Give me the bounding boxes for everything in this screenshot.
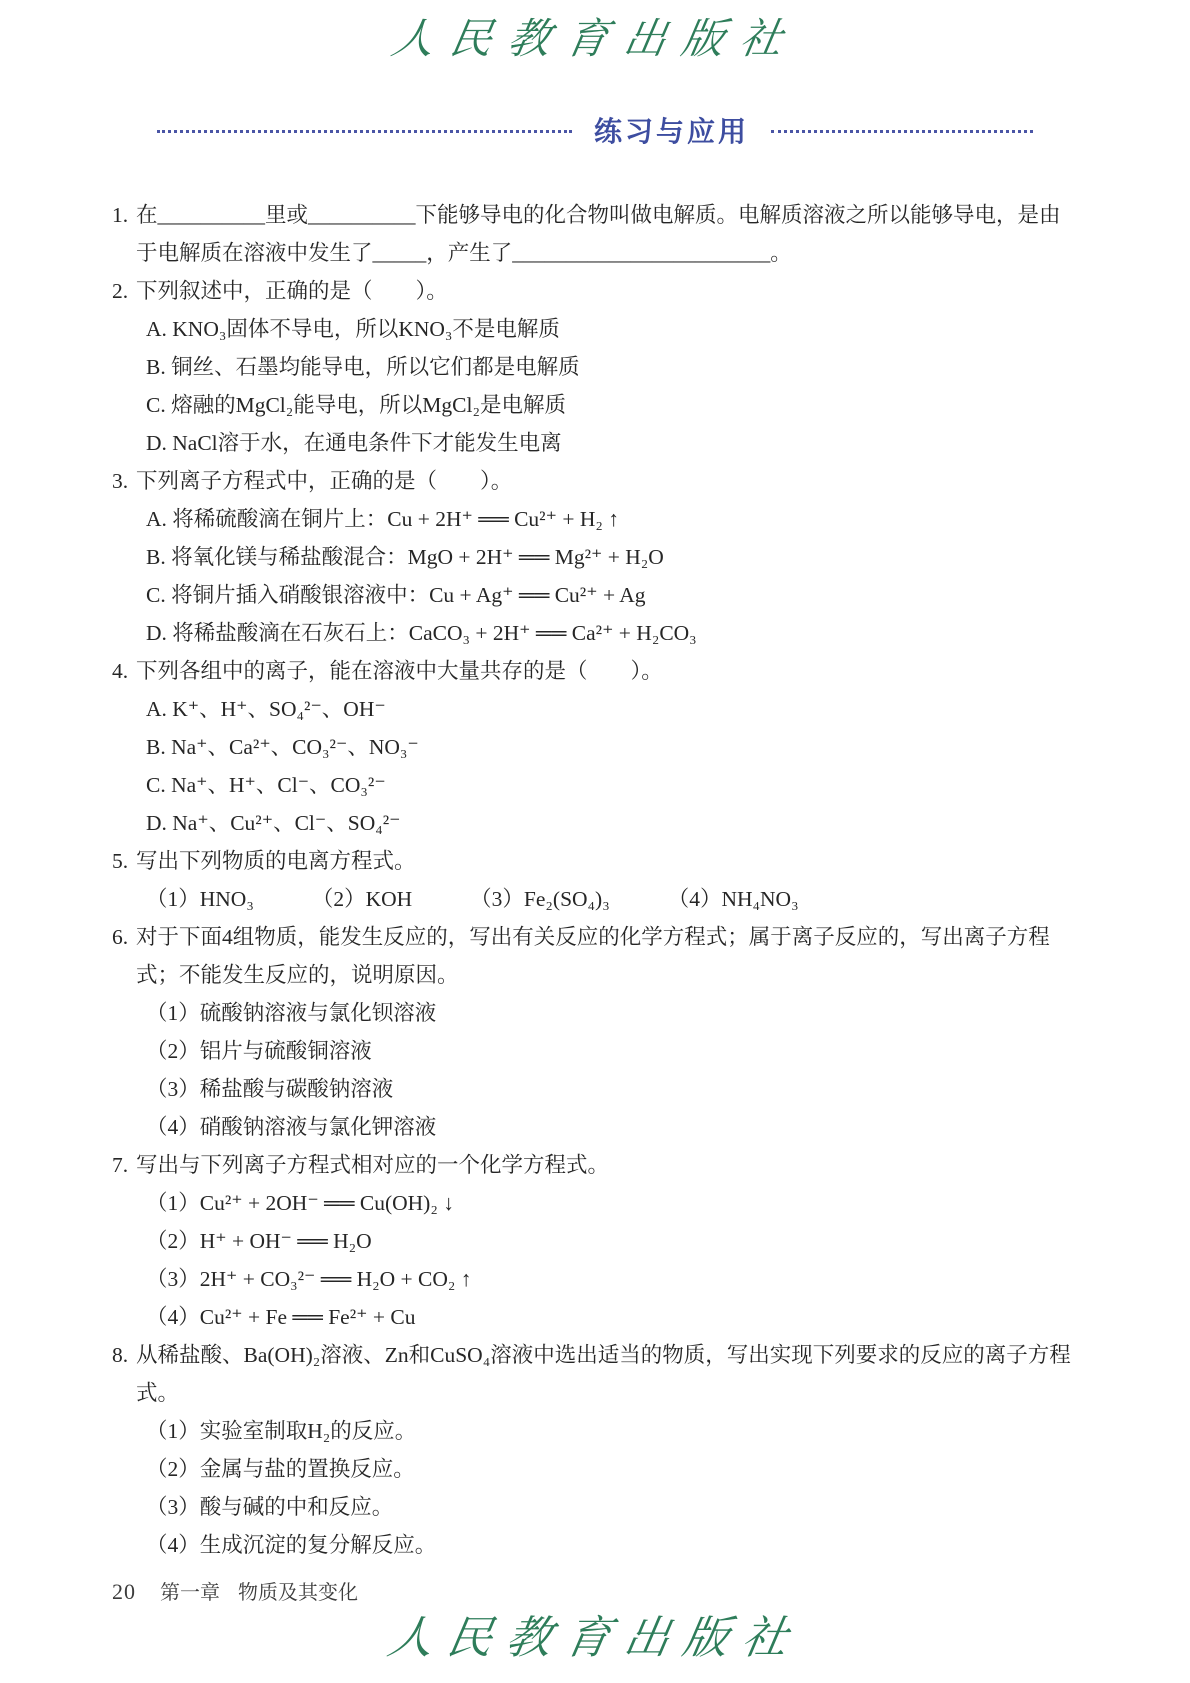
question-8: 8. 从稀盐酸、Ba(OH)₂溶液、Zn和CuSO₄溶液中选出适当的物质，写出实…: [112, 1336, 1078, 1564]
question-2-option-b: B. 铜丝、石墨均能导电，所以它们都是电解质: [146, 348, 1078, 386]
page-number: 20: [112, 1579, 136, 1605]
question-4-option-d: D. Na⁺、Cu²⁺、Cl⁻、SO₄²⁻: [146, 804, 1078, 842]
question-text: 从稀盐酸、Ba(OH)₂溶液、Zn和CuSO₄溶液中选出适当的物质，写出实现下列…: [136, 1336, 1078, 1412]
publisher-logo-top: 人民教育出版社: [0, 12, 1190, 68]
question-2-option-d: D. NaCl溶于水，在通电条件下才能发生电离: [146, 424, 1078, 462]
textbook-page: 人民教育出版社 练习与应用 1. 在__________里或__________…: [0, 0, 1190, 1683]
question-7-item-1: （1）Cu²⁺ + 2OH⁻ ══ Cu(OH)₂ ↓: [146, 1184, 1078, 1222]
question-6-item-4: （4）硝酸钠溶液与氯化钾溶液: [146, 1108, 1078, 1146]
question-8-item-1: （1）实验室制取H₂的反应。: [146, 1412, 1078, 1450]
dotted-line-left-icon: [157, 130, 572, 133]
question-text: 对于下面4组物质，能发生反应的，写出有关反应的化学方程式；属于离子反应的，写出离…: [136, 918, 1078, 994]
question-5-item-4: （4）NH₄NO₃: [668, 880, 799, 918]
question-number: 2.: [112, 272, 136, 310]
question-6-item-1: （1）硫酸钠溶液与氯化钡溶液: [146, 994, 1078, 1032]
chapter-title: 物质及其变化: [238, 1576, 358, 1605]
question-2-option-c: C. 熔融的MgCl₂能导电，所以MgCl₂是电解质: [146, 386, 1078, 424]
question-6-item-2: （2）铝片与硫酸铜溶液: [146, 1032, 1078, 1070]
question-number: 1.: [112, 196, 136, 272]
question-number: 7.: [112, 1146, 136, 1184]
question-text: 写出下列物质的电离方程式。: [136, 842, 1078, 880]
question-text: 在__________里或__________下能够导电的化合物叫做电解质。电解…: [136, 196, 1078, 272]
question-5-item-2: （2）KOH: [312, 880, 412, 918]
question-7-item-3: （3）2H⁺ + CO₃²⁻ ══ H₂O + CO₂ ↑: [146, 1260, 1078, 1298]
question-4: 4. 下列各组中的离子，能在溶液中大量共存的是（ ）。 A. K⁺、H⁺、SO₄…: [112, 652, 1078, 842]
question-8-item-4: （4）生成沉淀的复分解反应。: [146, 1526, 1078, 1564]
question-number: 8.: [112, 1336, 136, 1412]
question-4-option-b: B. Na⁺、Ca²⁺、CO₃²⁻、NO₃⁻: [146, 728, 1078, 766]
question-8-item-2: （2）金属与盐的置换反应。: [146, 1450, 1078, 1488]
question-text: 下列叙述中，正确的是（ ）。: [136, 272, 1078, 310]
question-7-item-2: （2）H⁺ + OH⁻ ══ H₂O: [146, 1222, 1078, 1260]
question-6: 6. 对于下面4组物质，能发生反应的，写出有关反应的化学方程式；属于离子反应的，…: [112, 918, 1078, 1146]
page-footer: 20 第一章 物质及其变化: [112, 1576, 358, 1605]
question-2-option-a: A. KNO₃固体不导电，所以KNO₃不是电解质: [146, 310, 1078, 348]
question-1: 1. 在__________里或__________下能够导电的化合物叫做电解质…: [112, 196, 1078, 272]
question-3-option-a: A. 将稀硫酸滴在铜片上：Cu + 2H⁺ ══ Cu²⁺ + H₂ ↑: [146, 500, 1078, 538]
question-3-option-b: B. 将氧化镁与稀盐酸混合：MgO + 2H⁺ ══ Mg²⁺ + H₂O: [146, 538, 1078, 576]
question-5-item-3: （3）Fe₂(SO₄)₃: [470, 880, 610, 918]
question-4-option-a: A. K⁺、H⁺、SO₄²⁻、OH⁻: [146, 690, 1078, 728]
question-number: 3.: [112, 462, 136, 500]
question-3: 3. 下列离子方程式中，正确的是（ ）。 A. 将稀硫酸滴在铜片上：Cu + 2…: [112, 462, 1078, 652]
question-number: 6.: [112, 918, 136, 994]
publisher-logo-bottom: 人民教育出版社: [0, 1608, 1190, 1668]
question-3-option-d: D. 将稀盐酸滴在石灰石上：CaCO₃ + 2H⁺ ══ Ca²⁺ + H₂CO…: [146, 614, 1078, 652]
question-text: 下列离子方程式中，正确的是（ ）。: [136, 462, 1078, 500]
question-7-item-4: （4）Cu²⁺ + Fe ══ Fe²⁺ + Cu: [146, 1298, 1078, 1336]
question-text: 下列各组中的离子，能在溶液中大量共存的是（ ）。: [136, 652, 1078, 690]
chapter-label: 第一章: [160, 1576, 220, 1605]
section-header: 练习与应用: [0, 110, 1190, 150]
question-text: 写出与下列离子方程式相对应的一个化学方程式。: [136, 1146, 1078, 1184]
question-2: 2. 下列叙述中，正确的是（ ）。 A. KNO₃固体不导电，所以KNO₃不是电…: [112, 272, 1078, 462]
section-title: 练习与应用: [594, 110, 749, 150]
question-5-item-1: （1）HNO₃: [146, 880, 254, 918]
question-5: 5. 写出下列物质的电离方程式。 （1）HNO₃ （2）KOH （3）Fe₂(S…: [112, 842, 1078, 918]
question-6-item-3: （3）稀盐酸与碳酸钠溶液: [146, 1070, 1078, 1108]
question-7: 7. 写出与下列离子方程式相对应的一个化学方程式。 （1）Cu²⁺ + 2OH⁻…: [112, 1146, 1078, 1336]
question-8-item-3: （3）酸与碱的中和反应。: [146, 1488, 1078, 1526]
dotted-line-right-icon: [771, 130, 1033, 133]
question-number: 5.: [112, 842, 136, 880]
question-number: 4.: [112, 652, 136, 690]
question-4-option-c: C. Na⁺、H⁺、Cl⁻、CO₃²⁻: [146, 766, 1078, 804]
exercise-list: 1. 在__________里或__________下能够导电的化合物叫做电解质…: [112, 196, 1078, 1564]
question-3-option-c: C. 将铜片插入硝酸银溶液中：Cu + Ag⁺ ══ Cu²⁺ + Ag: [146, 576, 1078, 614]
